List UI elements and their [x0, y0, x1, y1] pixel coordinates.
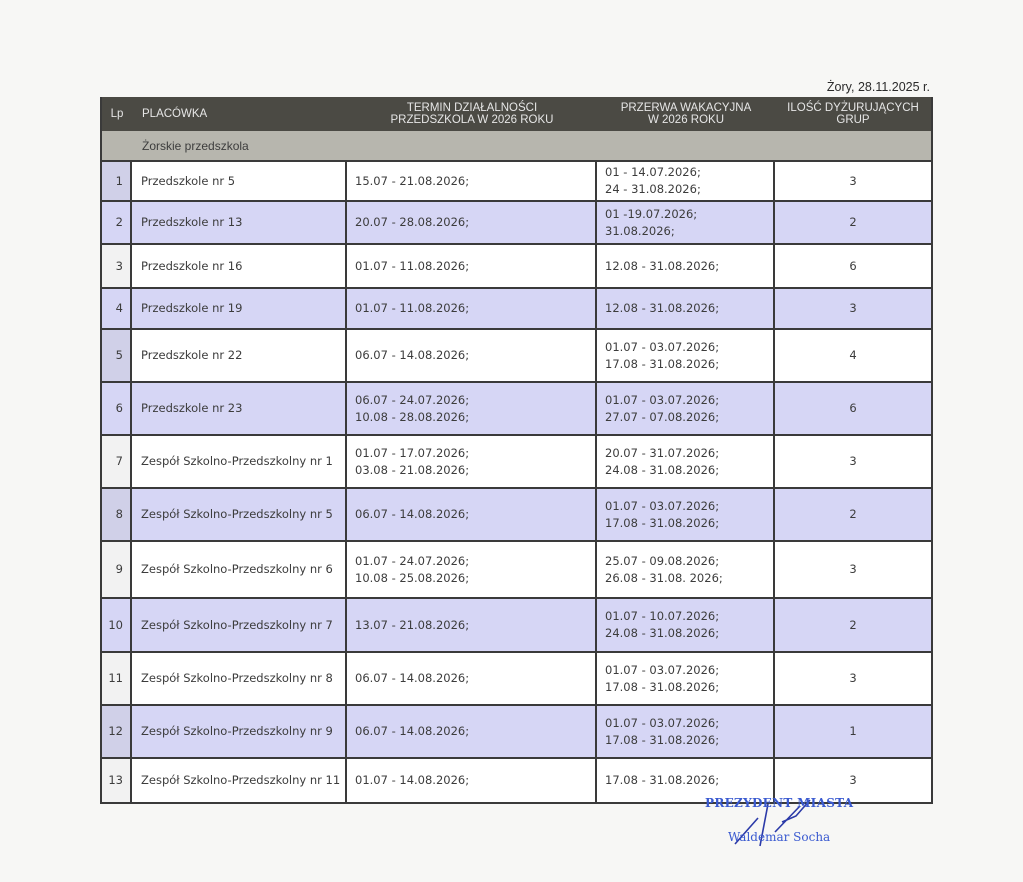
przerwa-line: 17.08 - 31.08.2026;	[605, 356, 719, 373]
cell-przerwa: 01 - 14.07.2026;24 - 31.08.2026;	[597, 162, 775, 200]
header-termin-line2: PRZEDSZKOLA W 2026 ROKU	[391, 114, 554, 126]
table-row: 6Przedszkole nr 2306.07 - 24.07.2026;10.…	[102, 381, 931, 434]
header-przerwa-line2: W 2026 ROKU	[648, 114, 724, 126]
cell-ilosc: 4	[775, 330, 931, 381]
cell-przerwa: 12.08 - 31.08.2026;	[597, 289, 775, 328]
przerwa-line: 25.07 - 09.08.2026;	[605, 553, 719, 570]
cell-lp: 2	[102, 202, 132, 243]
table-body: 1Przedszkole nr 515.07 - 21.08.2026;01 -…	[102, 160, 931, 802]
table-row: 9Zespół Szkolno-Przedszkolny nr 601.07 -…	[102, 540, 931, 597]
table-row: 3Przedszkole nr 1601.07 - 11.08.2026;12.…	[102, 243, 931, 287]
table-row: 12Zespół Szkolno-Przedszkolny nr 906.07 …	[102, 704, 931, 757]
cell-placowka: Zespół Szkolno-Przedszkolny nr 7	[132, 599, 347, 651]
cell-ilosc: 1	[775, 706, 931, 757]
termin-line: 03.08 - 21.08.2026;	[355, 462, 469, 479]
termin-line: 01.07 - 14.08.2026;	[355, 772, 469, 789]
header-przerwa: PRZERWA WAKACYJNAW 2026 ROKU	[597, 97, 775, 131]
termin-line: 06.07 - 14.08.2026;	[355, 670, 469, 687]
przerwa-line: 20.07 - 31.07.2026;	[605, 445, 719, 462]
cell-termin: 01.07 - 11.08.2026;	[347, 245, 597, 287]
cell-lp: 11	[102, 653, 132, 704]
cell-lp: 9	[102, 542, 132, 597]
cell-termin: 06.07 - 24.07.2026;10.08 - 28.08.2026;	[347, 383, 597, 434]
header-ilosc-line1: ILOŚĆ DYŻURUJĄCYCH	[787, 102, 919, 114]
cell-placowka: Zespół Szkolno-Przedszkolny nr 5	[132, 489, 347, 540]
cell-termin: 20.07 - 28.08.2026;	[347, 202, 597, 243]
termin-line: 10.08 - 25.08.2026;	[355, 570, 469, 587]
table-row: 2Przedszkole nr 1320.07 - 28.08.2026;01 …	[102, 200, 931, 243]
table-row: 8Zespół Szkolno-Przedszkolny nr 506.07 -…	[102, 487, 931, 540]
cell-termin: 15.07 - 21.08.2026;	[347, 162, 597, 200]
cell-placowka: Zespół Szkolno-Przedszkolny nr 6	[132, 542, 347, 597]
cell-lp: 8	[102, 489, 132, 540]
cell-placowka: Zespół Szkolno-Przedszkolny nr 11	[132, 759, 347, 802]
section-row: Żorskie przedszkola	[102, 131, 931, 160]
header-ilosc-line2: GRUP	[836, 114, 869, 126]
cell-przerwa: 20.07 - 31.07.2026;24.08 - 31.08.2026;	[597, 436, 775, 487]
cell-termin: 01.07 - 17.07.2026;03.08 - 21.08.2026;	[347, 436, 597, 487]
termin-line: 10.08 - 28.08.2026;	[355, 409, 469, 426]
cell-termin: 13.07 - 21.08.2026;	[347, 599, 597, 651]
cell-termin: 06.07 - 14.08.2026;	[347, 706, 597, 757]
cell-lp: 4	[102, 289, 132, 328]
termin-line: 06.07 - 14.08.2026;	[355, 347, 469, 364]
cell-placowka: Zespół Szkolno-Przedszkolny nr 8	[132, 653, 347, 704]
cell-przerwa: 01 -19.07.2026;31.08.2026;	[597, 202, 775, 243]
cell-ilosc: 2	[775, 599, 931, 651]
przerwa-line: 17.08 - 31.08.2026;	[605, 772, 719, 789]
termin-line: 01.07 - 24.07.2026;	[355, 553, 469, 570]
table-row: 4Przedszkole nr 1901.07 - 11.08.2026;12.…	[102, 287, 931, 328]
przerwa-line: 24.08 - 31.08.2026;	[605, 625, 719, 642]
cell-placowka: Przedszkole nr 16	[132, 245, 347, 287]
stamp-title: PREZYDENT MIASTA	[705, 796, 853, 810]
cell-placowka: Przedszkole nr 5	[132, 162, 347, 200]
stamp-name: Waldemar Socha	[728, 830, 830, 844]
przerwa-line: 01 - 14.07.2026;	[605, 164, 701, 181]
cell-lp: 3	[102, 245, 132, 287]
przerwa-line: 17.08 - 31.08.2026;	[605, 732, 719, 749]
cell-placowka: Przedszkole nr 23	[132, 383, 347, 434]
przerwa-line: 24 - 31.08.2026;	[605, 181, 701, 198]
header-przerwa-line1: PRZERWA WAKACYJNA	[621, 102, 752, 114]
cell-lp: 5	[102, 330, 132, 381]
header-termin-line1: TERMIN DZIAŁALNOŚCI	[407, 102, 537, 114]
cell-placowka: Przedszkole nr 13	[132, 202, 347, 243]
cell-placowka: Zespół Szkolno-Przedszkolny nr 9	[132, 706, 347, 757]
termin-line: 06.07 - 24.07.2026;	[355, 392, 469, 409]
termin-line: 01.07 - 11.08.2026;	[355, 300, 469, 317]
termin-line: 01.07 - 17.07.2026;	[355, 445, 469, 462]
przerwa-line: 12.08 - 31.08.2026;	[605, 300, 719, 317]
termin-line: 01.07 - 11.08.2026;	[355, 258, 469, 275]
table-header: Lp PLACÓWKA TERMIN DZIAŁALNOŚCIPRZEDSZKO…	[102, 97, 931, 131]
przerwa-line: 01.07 - 03.07.2026;	[605, 662, 719, 679]
cell-termin: 01.07 - 24.07.2026;10.08 - 25.08.2026;	[347, 542, 597, 597]
przerwa-line: 24.08 - 31.08.2026;	[605, 462, 719, 479]
przerwa-line: 27.07 - 07.08.2026;	[605, 409, 719, 426]
table-row: 1Przedszkole nr 515.07 - 21.08.2026;01 -…	[102, 160, 931, 200]
table-row: 10Zespół Szkolno-Przedszkolny nr 713.07 …	[102, 597, 931, 651]
cell-przerwa: 01.07 - 03.07.2026;17.08 - 31.08.2026;	[597, 330, 775, 381]
przerwa-line: 17.08 - 31.08.2026;	[605, 679, 719, 696]
termin-line: 06.07 - 14.08.2026;	[355, 723, 469, 740]
cell-ilosc: 2	[775, 489, 931, 540]
header-lp: Lp	[102, 97, 132, 131]
termin-line: 06.07 - 14.08.2026;	[355, 506, 469, 523]
table-row: 7Zespół Szkolno-Przedszkolny nr 101.07 -…	[102, 434, 931, 487]
cell-placowka: Zespół Szkolno-Przedszkolny nr 1	[132, 436, 347, 487]
document-date: Żory, 28.11.2025 r.	[790, 80, 930, 94]
cell-termin: 01.07 - 11.08.2026;	[347, 289, 597, 328]
przerwa-line: 17.08 - 31.08.2026;	[605, 515, 719, 532]
cell-lp: 6	[102, 383, 132, 434]
cell-przerwa: 01.07 - 03.07.2026;17.08 - 31.08.2026;	[597, 489, 775, 540]
termin-line: 20.07 - 28.08.2026;	[355, 214, 469, 231]
przerwa-line: 31.08.2026;	[605, 223, 675, 240]
termin-line: 15.07 - 21.08.2026;	[355, 173, 469, 190]
cell-termin: 06.07 - 14.08.2026;	[347, 330, 597, 381]
termin-line: 13.07 - 21.08.2026;	[355, 617, 469, 634]
cell-lp: 10	[102, 599, 132, 651]
przerwa-line: 01.07 - 10.07.2026;	[605, 608, 719, 625]
cell-ilosc: 6	[775, 383, 931, 434]
cell-termin: 01.07 - 14.08.2026;	[347, 759, 597, 802]
przerwa-line: 01.07 - 03.07.2026;	[605, 498, 719, 515]
cell-lp: 1	[102, 162, 132, 200]
cell-przerwa: 01.07 - 03.07.2026;17.08 - 31.08.2026;	[597, 706, 775, 757]
cell-placowka: Przedszkole nr 22	[132, 330, 347, 381]
cell-przerwa: 12.08 - 31.08.2026;	[597, 245, 775, 287]
przerwa-line: 01.07 - 03.07.2026;	[605, 392, 719, 409]
cell-placowka: Przedszkole nr 19	[132, 289, 347, 328]
cell-przerwa: 01.07 - 03.07.2026;17.08 - 31.08.2026;	[597, 653, 775, 704]
header-ilosc: ILOŚĆ DYŻURUJĄCYCHGRUP	[775, 97, 931, 131]
przerwa-line: 01.07 - 03.07.2026;	[605, 715, 719, 732]
table-row: 5Przedszkole nr 2206.07 - 14.08.2026;01.…	[102, 328, 931, 381]
przerwa-line: 01 -19.07.2026;	[605, 206, 697, 223]
header-termin: TERMIN DZIAŁALNOŚCIPRZEDSZKOLA W 2026 RO…	[347, 97, 597, 131]
cell-ilosc: 3	[775, 436, 931, 487]
schedule-table: Lp PLACÓWKA TERMIN DZIAŁALNOŚCIPRZEDSZKO…	[100, 97, 933, 804]
header-placowka: PLACÓWKA	[132, 97, 347, 131]
section-label: Żorskie przedszkola	[132, 139, 249, 153]
cell-termin: 06.07 - 14.08.2026;	[347, 489, 597, 540]
przerwa-line: 12.08 - 31.08.2026;	[605, 258, 719, 275]
cell-przerwa: 01.07 - 10.07.2026;24.08 - 31.08.2026;	[597, 599, 775, 651]
cell-termin: 06.07 - 14.08.2026;	[347, 653, 597, 704]
cell-ilosc: 3	[775, 542, 931, 597]
cell-lp: 13	[102, 759, 132, 802]
cell-ilosc: 2	[775, 202, 931, 243]
cell-lp: 12	[102, 706, 132, 757]
table-row: 11Zespół Szkolno-Przedszkolny nr 806.07 …	[102, 651, 931, 704]
cell-lp: 7	[102, 436, 132, 487]
cell-ilosc: 6	[775, 245, 931, 287]
przerwa-line: 01.07 - 03.07.2026;	[605, 339, 719, 356]
cell-przerwa: 01.07 - 03.07.2026;27.07 - 07.08.2026;	[597, 383, 775, 434]
cell-ilosc: 3	[775, 653, 931, 704]
cell-przerwa: 25.07 - 09.08.2026;26.08 - 31.08. 2026;	[597, 542, 775, 597]
cell-ilosc: 3	[775, 162, 931, 200]
cell-ilosc: 3	[775, 289, 931, 328]
przerwa-line: 26.08 - 31.08. 2026;	[605, 570, 723, 587]
